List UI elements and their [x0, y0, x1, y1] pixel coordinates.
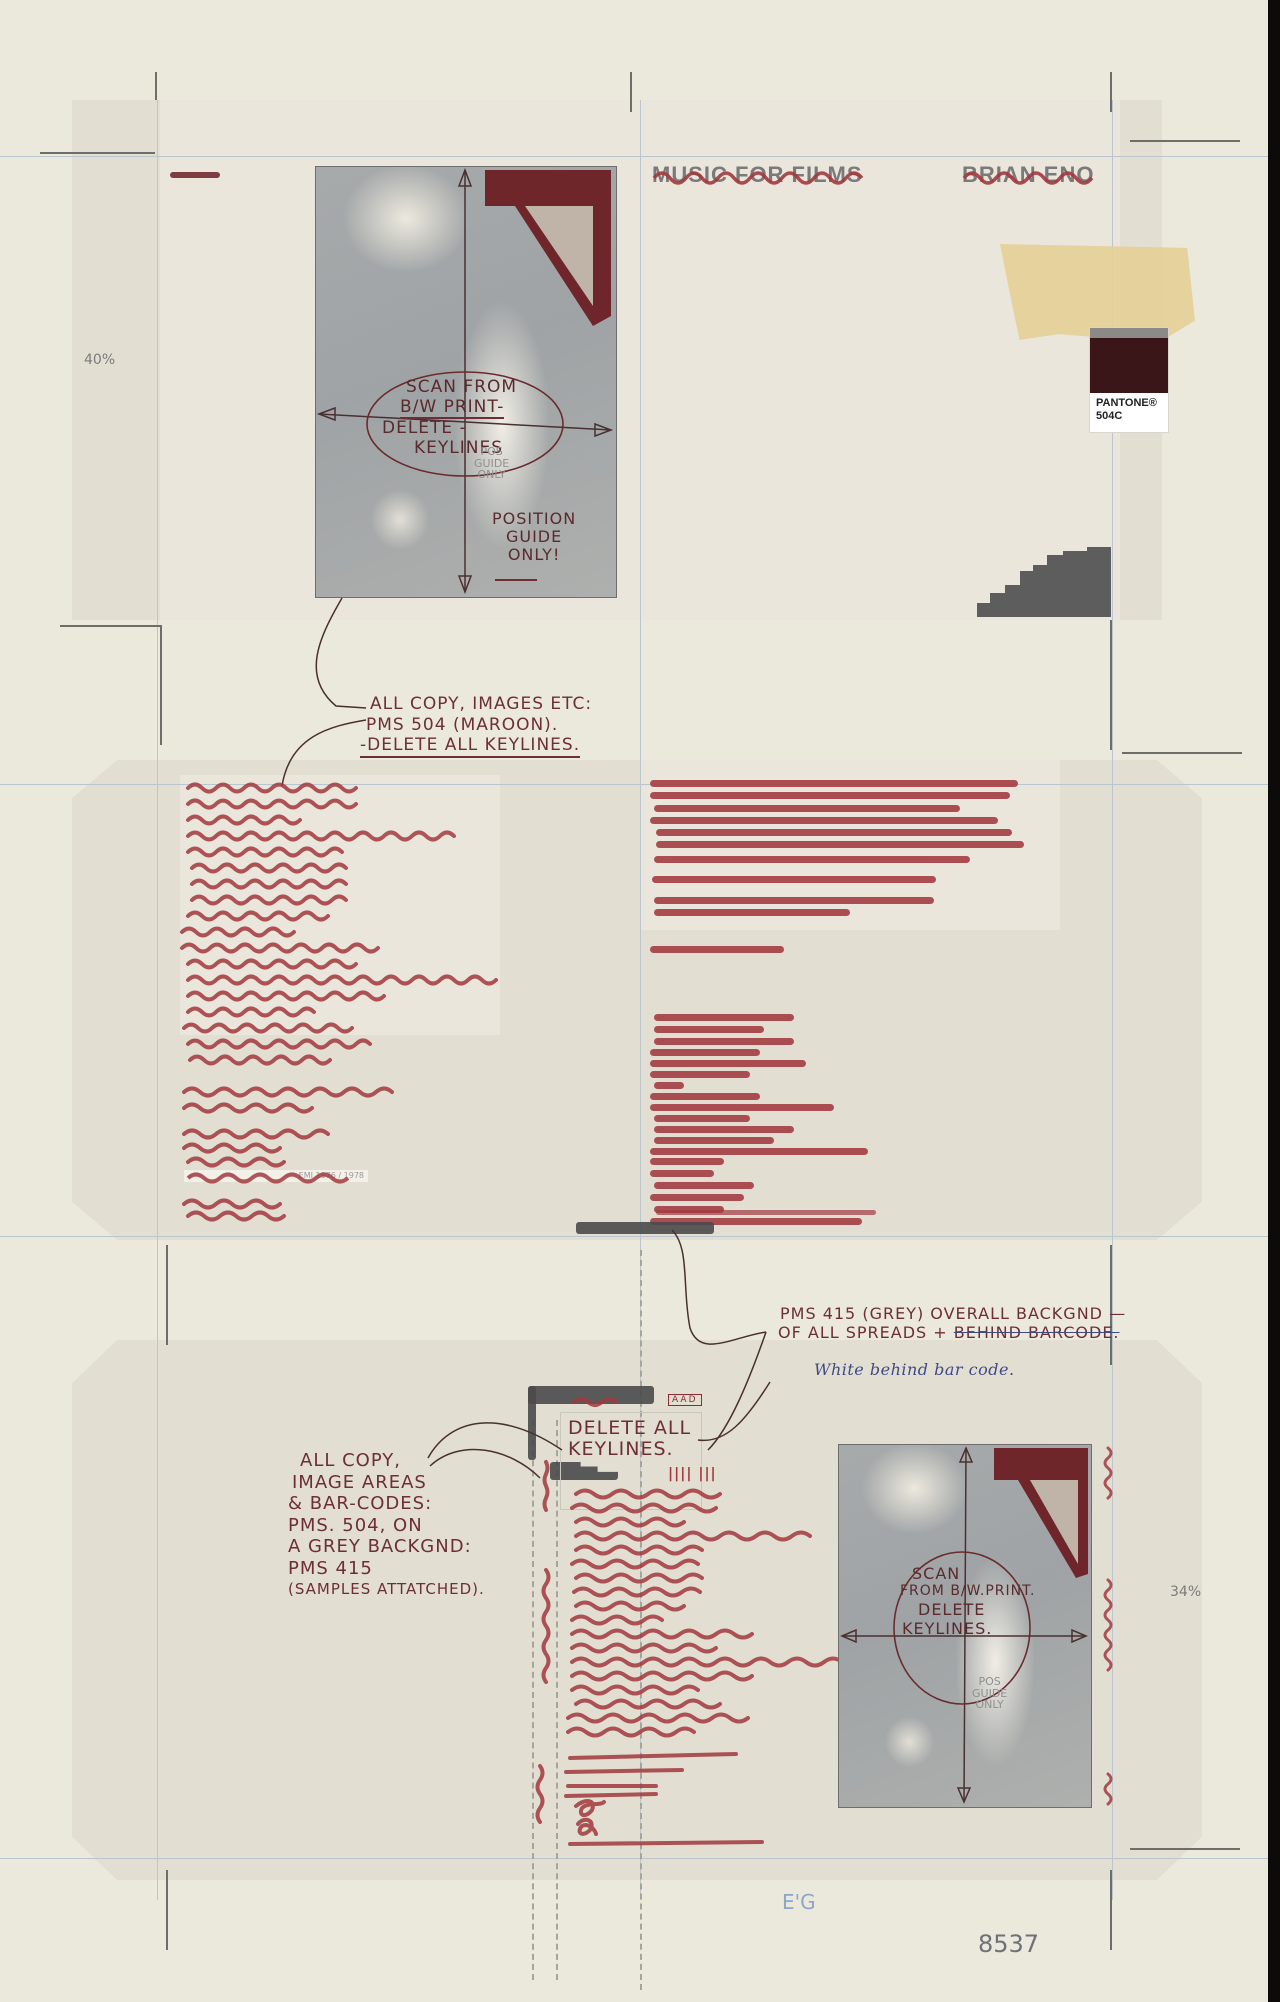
spine-squiggles-right: [1100, 1444, 1120, 1824]
text-bar: [650, 1194, 744, 1201]
annotation-line: -DELETE ALL KEYLINES.: [360, 735, 580, 758]
text-bar: [654, 805, 960, 812]
crop-mark: [40, 152, 155, 154]
text-bar: [654, 1115, 750, 1122]
faint-line: ONLY: [972, 1699, 1007, 1711]
crop-mark: [160, 625, 162, 745]
text-bar: [650, 1049, 760, 1056]
barcode-marker-block: [975, 545, 1115, 620]
text-bar: [650, 1148, 868, 1155]
swatch-color-504c: [1090, 338, 1168, 393]
note-line: POSITION: [492, 510, 576, 528]
text-bar: [654, 1126, 794, 1133]
text-bar: [650, 817, 998, 824]
text-bar: [650, 1170, 714, 1177]
note-line: ONLY!: [492, 546, 576, 564]
note-line: GUIDE: [492, 528, 576, 546]
annotation-line: OF ALL SPREADS +: [778, 1323, 948, 1342]
position-guide-note: POSITION GUIDE ONLY!: [492, 510, 576, 564]
crop-mark: [1122, 752, 1242, 754]
annotation-barcode-colors: ALL COPY, IMAGE AREAS & BAR-CODES: PMS. …: [288, 1450, 485, 1598]
guide-line: [157, 100, 158, 1900]
note-line: KEYLINES.: [902, 1619, 1035, 1638]
scan-edge: [1268, 0, 1280, 2002]
annotation-line: (SAMPLES ATTATCHED).: [288, 1580, 485, 1598]
crop-mark: [1110, 620, 1112, 750]
text-bar: [654, 897, 934, 904]
faint-line: POS: [972, 1676, 1007, 1688]
title-squiggle: [652, 166, 862, 186]
annotation-line: IMAGE AREAS: [292, 1472, 485, 1494]
pantone-brand: PANTONE®: [1096, 397, 1162, 410]
text-bar: [654, 1137, 774, 1144]
text-bar: [656, 829, 1012, 836]
pencil-job-number: 8537: [978, 1930, 1039, 1958]
annotation-pms415: PMS 415 (GREY) OVERALL BACKGND — OF ALL …: [780, 1304, 1126, 1342]
annotation-line: PMS 415 (GREY) OVERALL BACKGND —: [780, 1304, 1126, 1323]
annotation-line: ALL COPY, IMAGES ETC:: [370, 694, 592, 715]
tracklist-squiggles: [180, 778, 520, 1218]
pencil-percentage-left: 40%: [84, 352, 115, 368]
annotation-line: PMS. 504, ON: [288, 1515, 485, 1537]
text-bar: [654, 1182, 754, 1189]
annotation-line: PMS 504 (MAROON).: [366, 715, 592, 736]
credit-line-squiggle: [184, 1166, 374, 1186]
note-line: SCAN FROM: [406, 378, 517, 398]
text-bar: [654, 1014, 794, 1021]
text-bar: [650, 792, 1010, 799]
text-bar: [654, 1082, 684, 1089]
marker-dash: [170, 172, 220, 178]
pantone-code: 504C: [1096, 410, 1162, 423]
guide-line: [0, 156, 1268, 157]
annotation-line: ALL COPY,: [300, 1450, 485, 1472]
back-cover-squiggles: [530, 1390, 840, 1860]
text-bar: [650, 1158, 724, 1165]
crop-mark: [60, 625, 160, 627]
annotation-copy-images: ALL COPY, IMAGES ETC: PMS 504 (MAROON). …: [370, 694, 592, 758]
note-line: DELETE -: [382, 419, 517, 439]
swatch-stripe: [1090, 328, 1168, 338]
photo-bottom-scan-note: SCAN FROM B/W.PRINT. DELETE KEYLINES.: [906, 1564, 1035, 1638]
text-bar: [656, 841, 1024, 848]
faint-line: ONLY: [474, 469, 509, 481]
note-line: SCAN: [912, 1564, 1035, 1583]
note-line: DELETE: [918, 1600, 1035, 1619]
text-bar: [654, 909, 850, 916]
text-bar: [650, 780, 1018, 787]
crop-mark: [630, 72, 632, 112]
text-bar: [652, 876, 936, 883]
liner-notes-bars: [650, 776, 1070, 1156]
artist-squiggle: [962, 166, 1092, 186]
text-bar: [650, 1104, 834, 1111]
note-line: FROM B/W.PRINT.: [900, 1583, 1035, 1600]
blue-correction-note: White behind bar code.: [814, 1360, 1015, 1379]
crop-mark: [1110, 1870, 1112, 1950]
text-bar: [654, 1038, 794, 1045]
pantone-swatch: PANTONE® 504C: [1089, 327, 1169, 433]
crop-mark: [155, 72, 157, 100]
text-bar: [650, 1071, 750, 1078]
crop-mark: [166, 1245, 168, 1345]
text-bar: [650, 946, 784, 953]
pencil-initials: E'G: [782, 1890, 816, 1914]
annotation-line: & BAR-CODES:: [288, 1493, 485, 1515]
text-bar: [654, 856, 970, 863]
note-line: B/W PRINT-: [400, 398, 504, 420]
annotation-line: PMS 415: [288, 1558, 485, 1580]
struck-text: BEHIND BARCODE.: [954, 1323, 1120, 1342]
crop-mark: [1110, 72, 1112, 112]
photo-bottom-faint-note: POS GUIDE ONLY: [972, 1676, 1007, 1711]
crop-mark: [1130, 1848, 1240, 1850]
text-bar: [650, 1060, 806, 1067]
text-bar: [650, 1093, 760, 1100]
annotation-line: A GREY BACKGND:: [288, 1536, 485, 1558]
crop-mark: [1130, 140, 1240, 142]
spine-text-bar: [656, 1210, 876, 1215]
faint-line: POS: [474, 446, 509, 458]
crop-mark: [166, 1870, 168, 1950]
guide-line: [0, 1236, 1268, 1237]
photo-top-faint-note: POS GUIDE ONLY: [474, 446, 509, 481]
pencil-percentage-right: 34%: [1170, 1584, 1201, 1600]
text-bar: [654, 1026, 764, 1033]
